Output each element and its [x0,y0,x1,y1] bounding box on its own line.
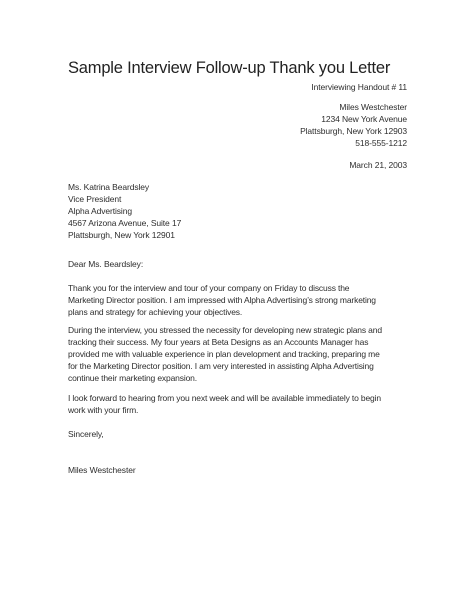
sender-address-block: Miles Westchester 1234 New York Avenue P… [68,101,407,149]
body-paragraph-2: During the interview, you stressed the n… [68,324,420,384]
letter-title: Sample Interview Follow-up Thank you Let… [68,57,407,79]
letter-content: Sample Interview Follow-up Thank you Let… [68,57,407,476]
letter-page: Sample Interview Follow-up Thank you Let… [0,0,474,613]
body-paragraph-1: Thank you for the interview and tour of … [68,282,420,318]
closing: Sincerely, [68,428,407,440]
handout-number: Interviewing Handout # 11 [68,81,407,93]
body-paragraph-3: I look forward to hearing from you next … [68,392,420,416]
letter-date: March 21, 2003 [68,159,407,171]
signature-name: Miles Westchester [68,464,407,476]
recipient-address-block: Ms. Katrina Beardsley Vice President Alp… [68,181,407,241]
salutation: Dear Ms. Beardsley: [68,258,407,270]
